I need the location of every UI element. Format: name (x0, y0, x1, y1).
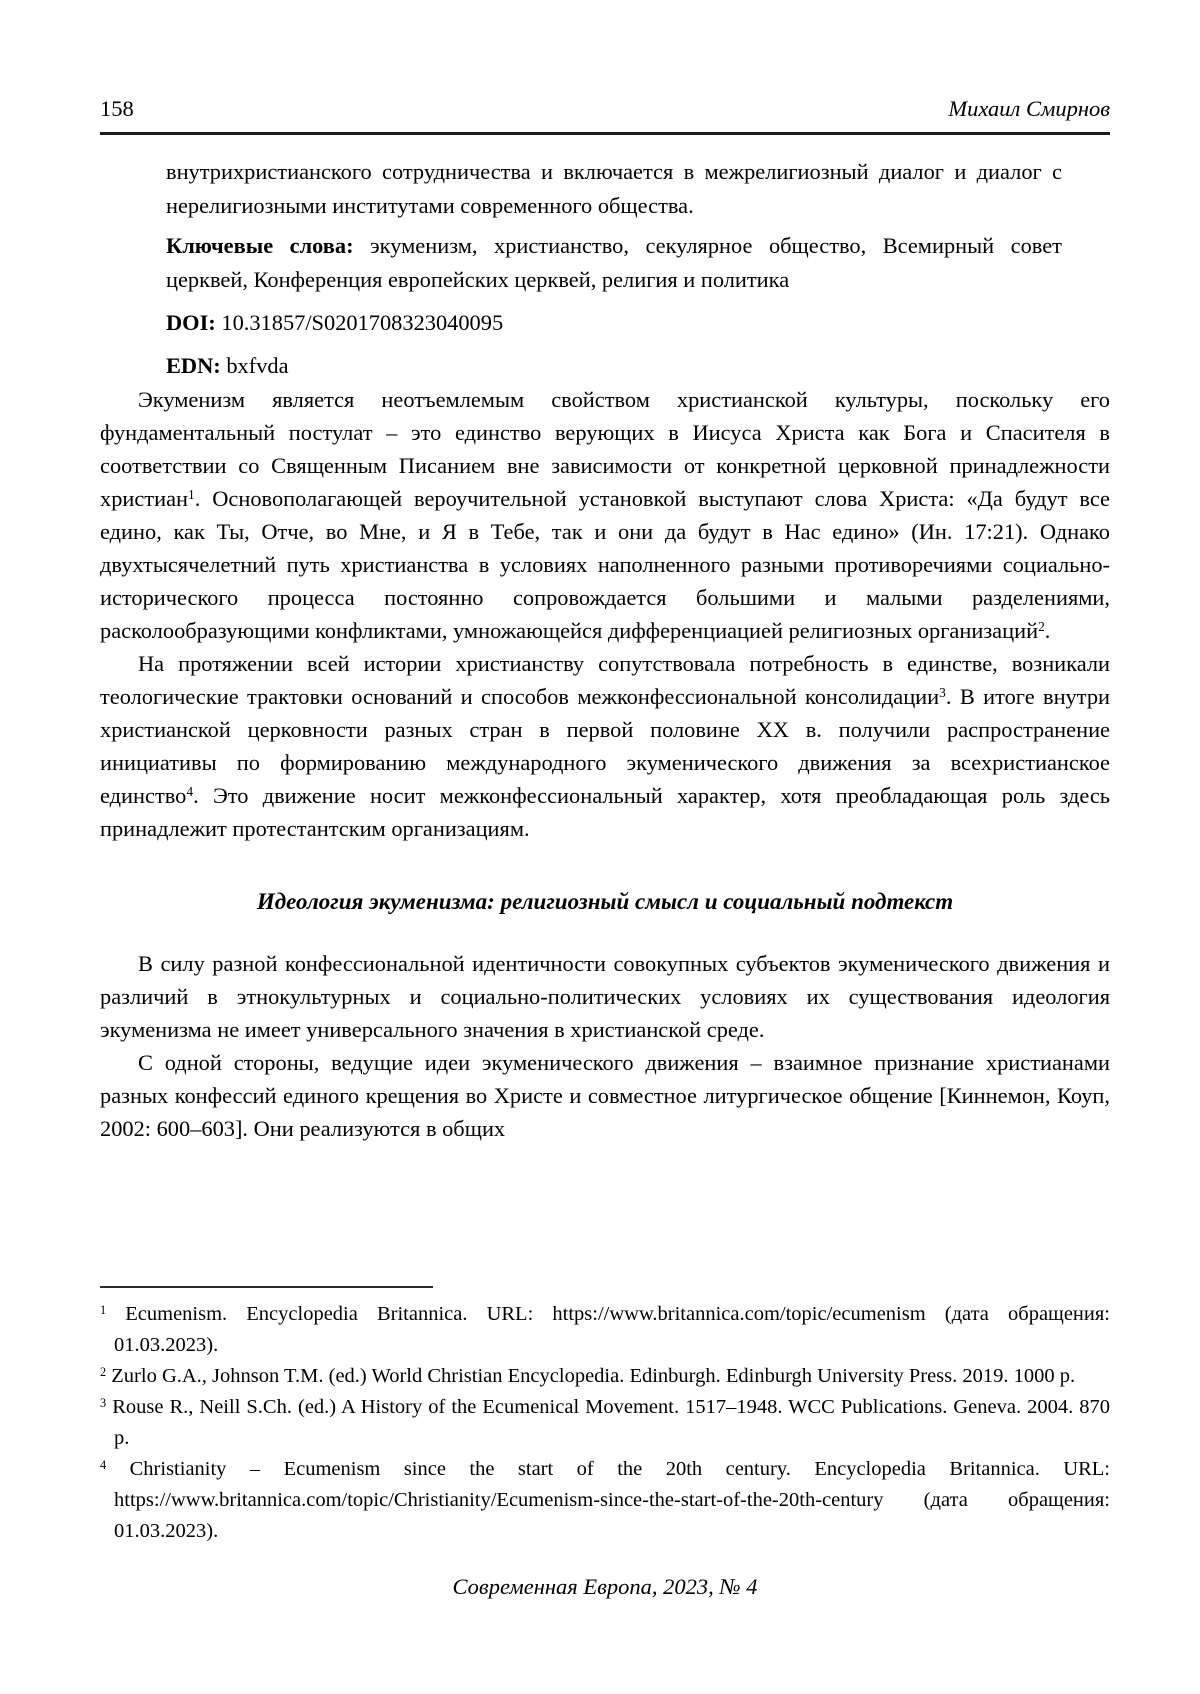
footnote-text: Christianity – Ecumenism since the start… (114, 1458, 1110, 1542)
doi-value: 10.31857/S0201708323040095 (221, 310, 503, 335)
footnote-3: 3 Rouse R., Neill S.Ch. (ed.) A History … (100, 1392, 1110, 1454)
footnote-ref-2: 2 (1038, 619, 1045, 634)
edn-line: EDN: bxfvda (166, 349, 1062, 383)
keywords-line: Ключевые слова: экуменизм, христианство,… (166, 229, 1062, 297)
journal-footer: Современная Европа, 2023, № 4 (100, 1572, 1110, 1602)
header-rule (100, 132, 1110, 135)
page-header: 158 Михаил Смирнов (100, 95, 1110, 123)
footnote-text: Ecumenism. Encyclopedia Britannica. URL:… (114, 1303, 1110, 1356)
footnote-4: 4 Christianity – Ecumenism since the sta… (100, 1454, 1110, 1547)
footnote-text: Zurlo G.A., Johnson T.M. (ed.) World Chr… (111, 1365, 1075, 1387)
footnote-ref-3: 3 (939, 685, 946, 700)
paragraph-text: . (1045, 618, 1051, 643)
footnote-2: 2 Zurlo G.A., Johnson T.M. (ed.) World C… (100, 1361, 1110, 1392)
body-paragraph-4: С одной стороны, ведущие идеи экуменичес… (100, 1046, 1110, 1145)
paragraph-text: . Это движение носит межконфессиональный… (100, 783, 1110, 841)
doi-label: DOI: (166, 310, 216, 335)
footnote-ref-1: 1 (188, 487, 195, 502)
abstract-continuation-text: внутрихристианского сотрудничества и вкл… (166, 155, 1062, 223)
body-paragraph-2: На протяжении всей истории христианству … (100, 647, 1110, 845)
footnotes-block: 1 Ecumenism. Encyclopedia Britannica. UR… (100, 1299, 1110, 1547)
doi-line: DOI: 10.31857/S0201708323040095 (166, 306, 1062, 340)
author-name: Михаил Смирнов (948, 95, 1110, 123)
section-heading: Идеология экуменизма: религиозный смысл … (100, 887, 1110, 917)
paragraph-text: . Основополагающей вероучительной устано… (100, 486, 1110, 643)
body-paragraph-3: В силу разной конфессиональной идентично… (100, 947, 1110, 1046)
footnote-number: 2 (100, 1365, 106, 1379)
footnote-text: Rouse R., Neill S.Ch. (ed.) A History of… (112, 1396, 1110, 1449)
footnote-number: 1 (100, 1303, 106, 1317)
footnote-number: 4 (100, 1458, 106, 1472)
footnote-separator (100, 1286, 433, 1288)
journal-page: 158 Михаил Смирнов внутрихристианского с… (0, 0, 1200, 1694)
footnote-ref-4: 4 (186, 784, 193, 799)
body-paragraph-1: Экуменизм является неотъемлемым свойство… (100, 383, 1110, 647)
page-number: 158 (100, 95, 134, 123)
keywords-label: Ключевые слова: (166, 233, 354, 258)
footnote-1: 1 Ecumenism. Encyclopedia Britannica. UR… (100, 1299, 1110, 1361)
edn-label: EDN: (166, 353, 221, 378)
edn-value: bxfvda (226, 353, 288, 378)
abstract-block: внутрихристианского сотрудничества и вкл… (166, 155, 1062, 383)
article-body: Экуменизм является неотъемлемым свойство… (100, 383, 1110, 1284)
footnote-number: 3 (100, 1396, 106, 1410)
